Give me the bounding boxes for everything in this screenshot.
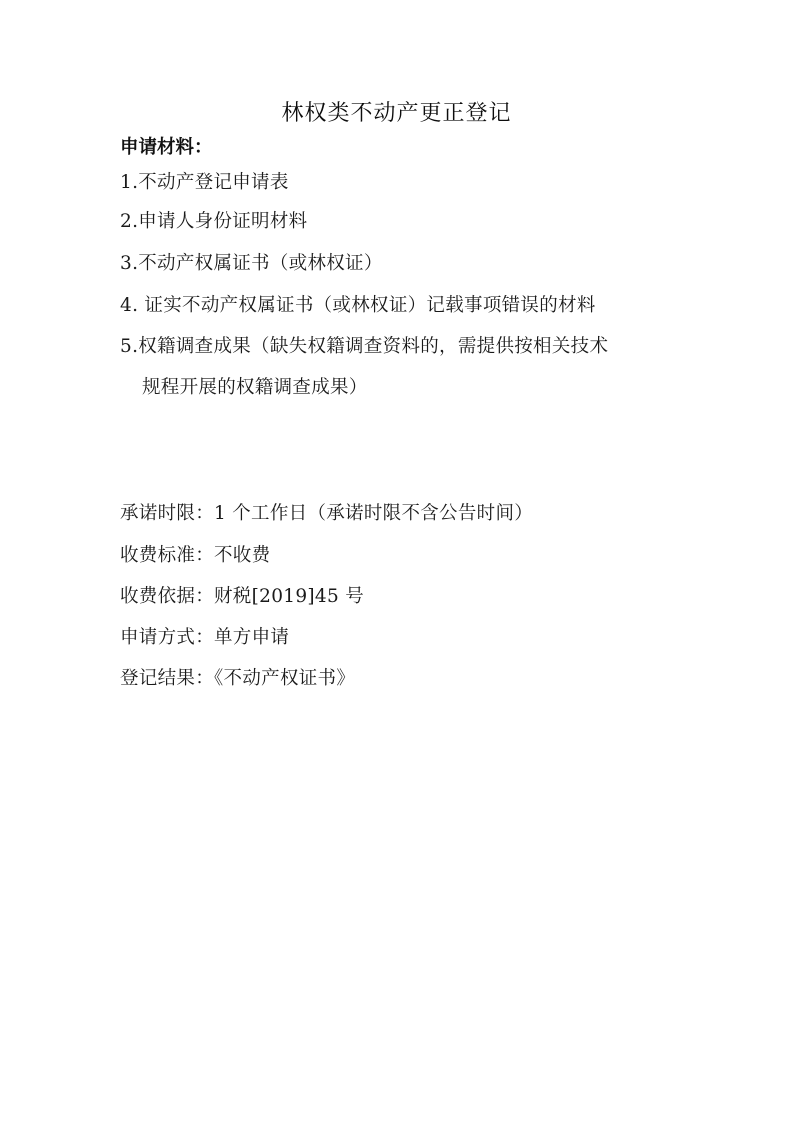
info-registration-result: 登记结果：《不动产权证书》: [120, 666, 355, 692]
document-page: 林权类不动产更正登记 申请材料： 1.不动产登记申请表 2.申请人身份证明材料 …: [0, 0, 793, 1122]
materials-heading: 申请材料：: [120, 135, 213, 161]
info-fee-standard: 收费标准：不收费: [120, 543, 270, 569]
material-item-2: 2.申请人身份证明材料: [120, 209, 307, 235]
material-item-5-continuation: 规程开展的权籍调查成果）: [142, 375, 368, 401]
material-item-3: 3.不动产权属证书（或林权证）: [120, 251, 383, 277]
material-item-4: 4. 证实不动产权属证书（或林权证）记载事项错误的材料: [120, 293, 596, 319]
material-item-1: 1.不动产登记申请表: [120, 170, 289, 196]
info-application-method: 申请方式：单方申请: [120, 625, 289, 651]
info-commitment-period: 承诺时限：1 个工作日（承诺时限不含公告时间）: [120, 501, 533, 527]
info-fee-basis: 收费依据：财税[2019]45 号: [120, 584, 364, 610]
document-title: 林权类不动产更正登记: [0, 99, 793, 129]
material-item-5: 5.权籍调查成果（缺失权籍调查资料的，需提供按相关技术: [120, 334, 608, 360]
